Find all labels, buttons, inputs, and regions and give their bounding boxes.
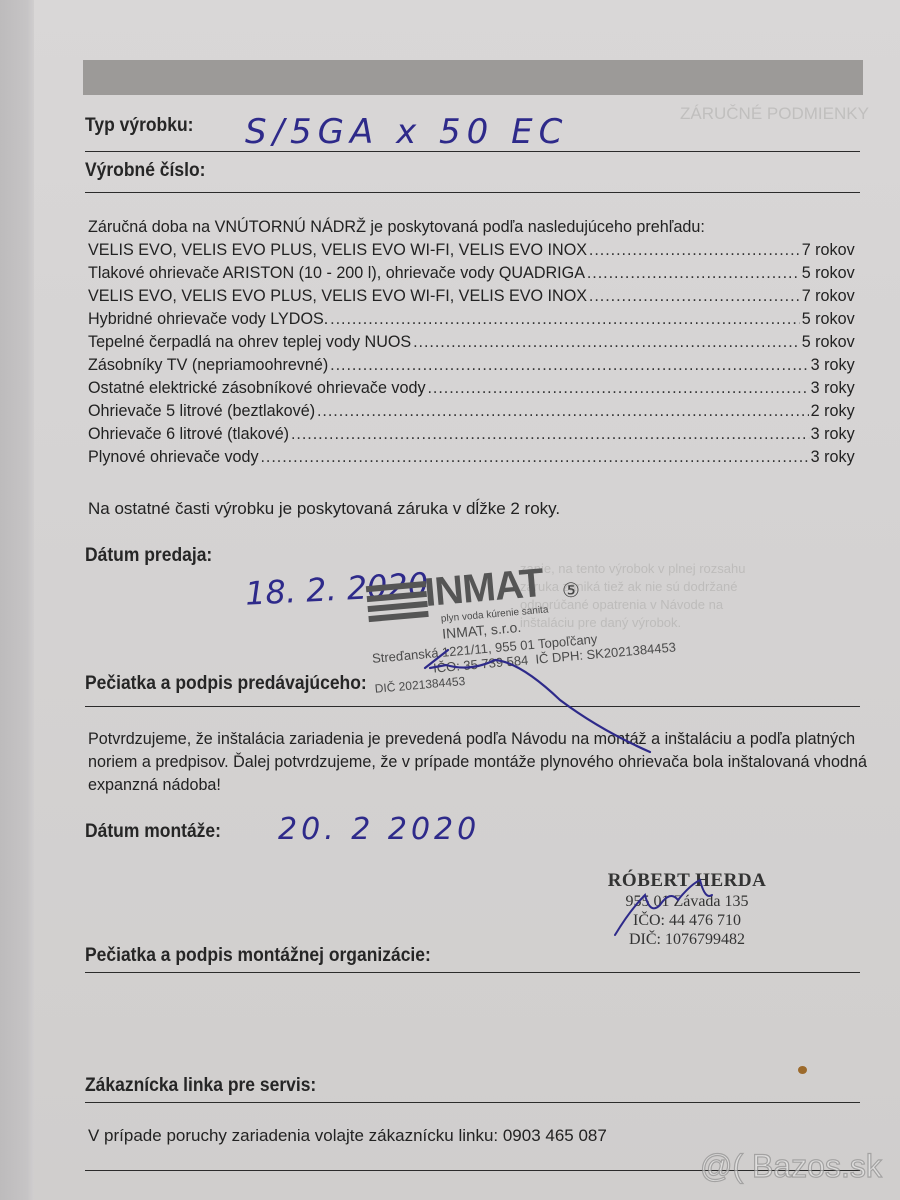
installation-date-label: Dátum montáže:	[85, 821, 221, 843]
product-type-value: S/5GA x 50 EC	[245, 112, 568, 152]
warranty-row: Tepelné čerpadlá na ohrev teplej vody NU…	[88, 332, 855, 355]
sale-date-label: Dátum predaja:	[85, 545, 212, 567]
header-bar	[83, 60, 863, 95]
warranty-row: Hybridné ohrievače vody LYDOS.5 rokov	[88, 309, 855, 332]
seller-signature-field[interactable]: Pečiatka a podpis predávajúceho:	[85, 673, 860, 707]
stamp-number-mark: ⑤	[562, 578, 580, 603]
product-type-label: Typ výrobku:	[85, 115, 193, 137]
seller-signature-label: Pečiatka a podpis predávajúceho:	[85, 673, 367, 695]
installer-name: RÓBERT HERDA	[602, 870, 772, 892]
warranty-row: Plynové ohrievače vody3 roky	[88, 447, 855, 470]
warranty-row: VELIS EVO, VELIS EVO PLUS, VELIS EVO WI-…	[88, 240, 855, 263]
service-line-text: V prípade poruchy zariadenia volajte zák…	[88, 1124, 607, 1147]
bazos-watermark: @( Bazos.sk	[700, 1148, 882, 1185]
warranty-row: Tlakové ohrievače ARISTON (10 - 200 l), …	[88, 263, 855, 286]
warranty-row: Ohrievače 6 litrové (tlakové)3 roky	[88, 424, 855, 447]
other-parts-warranty: Na ostatné časti výrobku je poskytovaná …	[88, 497, 560, 520]
warranty-row: Zásobníky TV (nepriamoohrevné)3 roky	[88, 355, 855, 378]
warranty-row: Ohrievače 5 litrové (beztlakové)2 roky	[88, 401, 855, 424]
installer-stamp: RÓBERT HERDA 955 01 Závada 135 IČO: 44 4…	[602, 870, 772, 949]
warranty-intro: Záručná doba na VNÚTORNÚ NÁDRŽ je poskyt…	[88, 217, 705, 237]
inmat-logo-icon	[366, 581, 429, 626]
installation-date-value: 20. 2 2020	[278, 812, 480, 847]
stain	[798, 1066, 807, 1074]
installation-confirmation: Potvrdzujeme, že inštalácia zariadenia j…	[88, 727, 867, 796]
service-line-field: Zákaznícka linka pre servis:	[85, 1075, 860, 1103]
serial-number-field[interactable]: Výrobné číslo:	[85, 160, 860, 193]
warranty-row: Ostatné elektrické zásobníkové ohrievače…	[88, 378, 855, 401]
installer-ico: IČO: 44 476 710	[602, 911, 772, 930]
installation-date-field[interactable]: Dátum montáže:	[85, 821, 233, 843]
warranty-row: VELIS EVO, VELIS EVO PLUS, VELIS EVO WI-…	[88, 286, 855, 309]
installer-signature-label: Pečiatka a podpis montážnej organizácie:	[85, 945, 431, 967]
installer-signature-field[interactable]: Pečiatka a podpis montážnej organizácie:	[85, 945, 860, 973]
sale-date-field[interactable]: Dátum predaja:	[85, 545, 223, 567]
warranty-list: VELIS EVO, VELIS EVO PLUS, VELIS EVO WI-…	[88, 240, 855, 470]
service-line-label: Zákaznícka linka pre servis:	[85, 1075, 316, 1097]
page-edge	[0, 0, 34, 1200]
installer-address: 955 01 Závada 135	[602, 892, 772, 911]
serial-number-label: Výrobné číslo:	[85, 160, 205, 182]
